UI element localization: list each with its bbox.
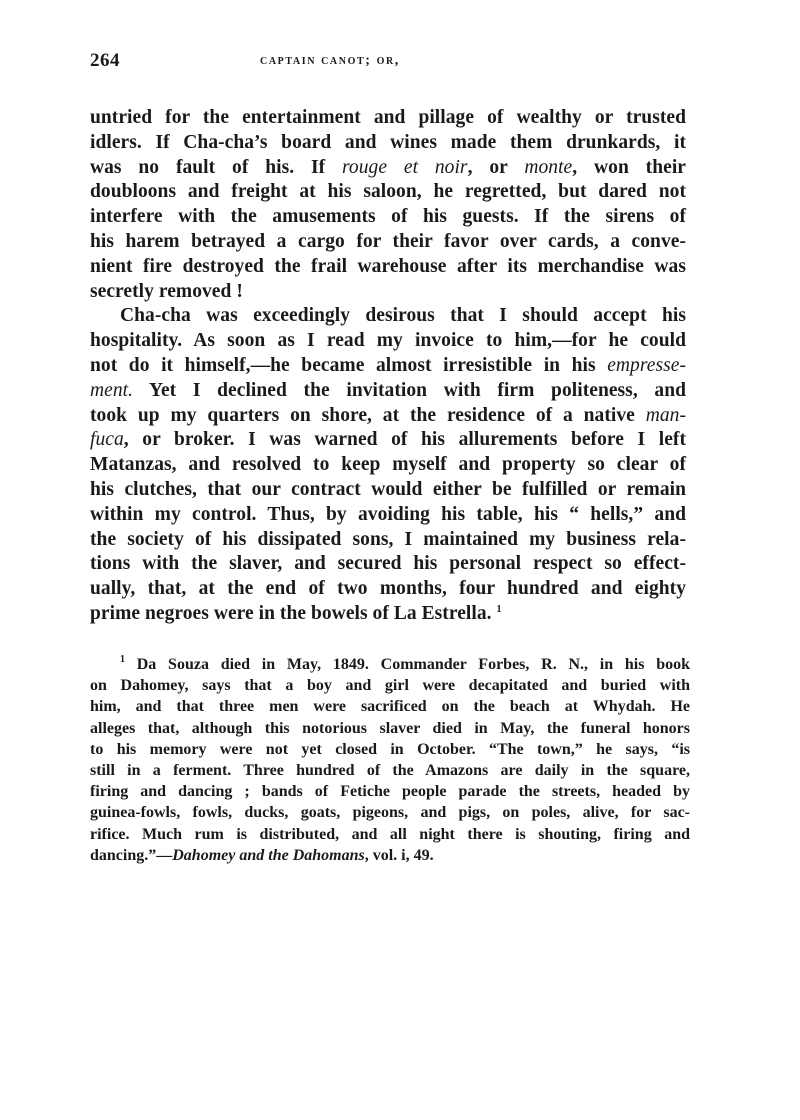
body-line: his harem betrayed a cargo for their fav… [90, 230, 686, 255]
text-run: him, and that three men were sacrificed … [90, 698, 690, 715]
body-line: tions with the slaver, and secured his p… [90, 552, 686, 577]
body-line: untried for the entertainment and pillag… [90, 106, 686, 131]
text-run: , or broker. I was warned of his allurem… [124, 429, 686, 450]
footnote-line: rifice. Much rum is distributed, and all… [90, 824, 690, 845]
text-run: doubloons and freight at his saloon, he … [90, 181, 686, 202]
body-line: his clutches, that our contract would ei… [90, 478, 686, 503]
text-run: not do it himself,—he became almost irre… [90, 355, 607, 376]
text-run: to his memory were not yet closed in Oct… [90, 741, 690, 758]
footnote-line: on Dahomey, says that a boy and girl wer… [90, 675, 690, 696]
text-run: prime negroes were in the bowels of La E… [90, 603, 496, 624]
text-run: Da Souza died in May, 1849. Commander Fo… [125, 656, 690, 673]
text-run: was no fault of his. If [90, 157, 342, 178]
body-line: interfere with the amusements of his gue… [90, 205, 686, 230]
text-run: ually, that, at the end of two months, f… [90, 578, 686, 599]
body-line: hospitality. As soon as I read my invoic… [90, 329, 686, 354]
footnote: 1 Da Souza died in May, 1849. Commander … [90, 654, 690, 866]
body-line: ment. Yet I declined the invitation with… [90, 379, 686, 404]
text-run: firing and dancing ; bands of Fetiche pe… [90, 783, 690, 800]
page-number: 264 [90, 50, 120, 72]
text-run: tions with the slaver, and secured his p… [90, 553, 686, 574]
italic-text: Dahomey and the Dahomans [172, 847, 364, 864]
text-run: on Dahomey, says that a boy and girl wer… [90, 677, 690, 694]
text-run: guinea-fowls, fowls, ducks, goats, pigeo… [90, 804, 690, 821]
italic-text: fuca [90, 429, 124, 450]
body-line: Cha-cha was exceedingly desirous that I … [90, 304, 686, 329]
body-line: prime negroes were in the bowels of La E… [90, 602, 686, 627]
footnote-line: him, and that three men were sacrificed … [90, 696, 690, 717]
text-run: hospitality. As soon as I read my invoic… [90, 330, 686, 351]
text-run: rifice. Much rum is distributed, and all… [90, 826, 690, 843]
text-run: , or [468, 157, 525, 178]
text-run: secretly removed ! [90, 281, 243, 302]
italic-text: empresse- [607, 355, 686, 376]
text-run: his clutches, that our contract would ei… [90, 479, 686, 500]
footnote-line: alleges that, although this notorious sl… [90, 718, 690, 739]
text-run: dancing.”— [90, 847, 172, 864]
body-line: fuca, or broker. I was warned of his all… [90, 428, 686, 453]
body-line: ually, that, at the end of two months, f… [90, 577, 686, 602]
body-line: within my control. Thus, by avoiding his… [90, 503, 686, 528]
text-run: within my control. Thus, by avoiding his… [90, 504, 686, 525]
text-run: took up my quarters on shore, at the res… [90, 405, 646, 426]
footnote-line: to his memory were not yet closed in Oct… [90, 739, 690, 760]
running-head: 264 CAPTAIN CANOT; OR, [90, 50, 686, 74]
text-run: Yet I declined the invitation with firm … [133, 380, 686, 401]
text-run: his harem betrayed a cargo for their fav… [90, 231, 686, 252]
body-text: untried for the entertainment and pillag… [90, 106, 686, 627]
body-line: was no fault of his. If rouge et noir, o… [90, 156, 686, 181]
text-run: Matanzas, and resolved to keep myself an… [90, 454, 686, 475]
body-line: doubloons and freight at his saloon, he … [90, 180, 686, 205]
footnote-line: still in a ferment. Three hundred of the… [90, 760, 690, 781]
body-line: nient fire destroyed the frail warehouse… [90, 255, 686, 280]
body-line: not do it himself,—he became almost irre… [90, 354, 686, 379]
book-page: 264 CAPTAIN CANOT; OR, untried for the e… [0, 0, 800, 1120]
text-run: , won their [572, 157, 686, 178]
italic-text: rouge et noir [342, 157, 468, 178]
text-run: , vol. i, 49. [365, 847, 434, 864]
italic-text: monte [524, 157, 572, 178]
running-title: CAPTAIN CANOT; OR, [260, 53, 400, 69]
body-line: took up my quarters on shore, at the res… [90, 404, 686, 429]
italic-text: ment. [90, 380, 133, 401]
footnote-line: guinea-fowls, fowls, ducks, goats, pigeo… [90, 802, 690, 823]
text-run: still in a ferment. Three hundred of the… [90, 762, 690, 779]
text-run: nient fire destroyed the frail warehouse… [90, 256, 686, 277]
text-run: alleges that, although this notorious sl… [90, 720, 690, 737]
text-run: idlers. If Cha-cha’s board and wines mad… [90, 132, 686, 153]
text-run: the society of his dissipated sons, I ma… [90, 529, 686, 550]
body-line: the society of his dissipated sons, I ma… [90, 528, 686, 553]
text-run: Cha-cha was exceedingly desirous that I … [120, 305, 686, 326]
body-line: idlers. If Cha-cha’s board and wines mad… [90, 131, 686, 156]
footnote-line: dancing.”—Dahomey and the Dahomans, vol.… [90, 845, 690, 866]
italic-text: man- [646, 405, 686, 426]
body-line: Matanzas, and resolved to keep myself an… [90, 453, 686, 478]
body-line: secretly removed ! [90, 280, 686, 305]
text-run: interfere with the amusements of his gue… [90, 206, 686, 227]
footnote-line: firing and dancing ; bands of Fetiche pe… [90, 781, 690, 802]
text-run: untried for the entertainment and pillag… [90, 107, 686, 128]
footnote-marker: 1 [496, 604, 501, 615]
footnote-line: 1 Da Souza died in May, 1849. Commander … [90, 654, 690, 675]
